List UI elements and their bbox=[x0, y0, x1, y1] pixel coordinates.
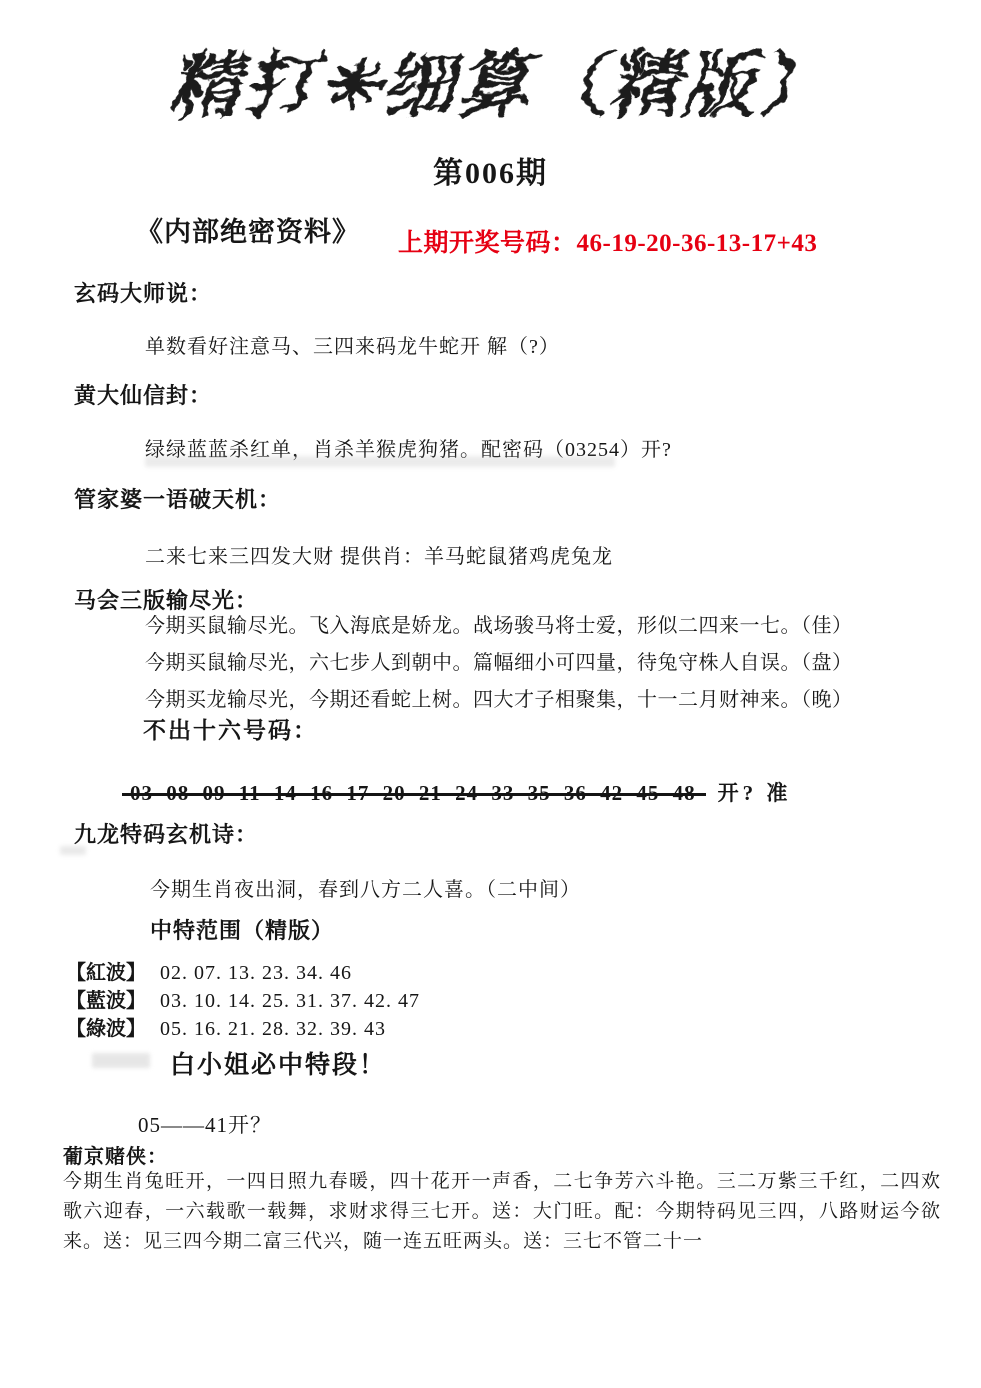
title-art: 精打✳细算（精版） bbox=[140, 12, 840, 152]
baixiaojie-result-line: 05——41开？ bbox=[138, 1109, 272, 1139]
wave-label-red: 【紅波】 bbox=[66, 962, 146, 984]
wave-row-green: 【綠波】05. 16. 21. 28. 32. 39. 43 bbox=[66, 1012, 386, 1041]
section-heading-baixiaojie: 白小姐必中特段！ bbox=[170, 1045, 386, 1081]
issue-number: 第006期 bbox=[0, 148, 981, 192]
mahui-verse-block: 今期买鼠输尽光。飞入海底是娇龙。战场骏马将士爱，形似二四来一七。（佳） 今期买鼠… bbox=[145, 608, 853, 719]
section-heading-excluded-numbers: 不出十六号码： bbox=[143, 712, 318, 745]
mahui-verse-line: 今期买鼠输尽光。飞入海底是娇龙。战场骏马将士爱，形似二四来一七。（佳） bbox=[145, 608, 853, 645]
wave-row-red: 【紅波】02. 07. 13. 23. 34. 46 bbox=[66, 956, 352, 985]
wave-label-blue: 【藍波】 bbox=[66, 990, 146, 1012]
wave-label-green: 【綠波】 bbox=[66, 1018, 146, 1040]
title-art-text: 精打✳细算（精版） bbox=[165, 46, 840, 126]
mahui-verse-line: 今期买鼠输尽光，六七步人到朝中。篇幅细小可四量，待兔守株人自误。（盘） bbox=[145, 645, 853, 682]
wave-numbers-green: 05. 16. 21. 28. 32. 39. 43 bbox=[160, 1018, 386, 1040]
excluded-numbers-struck: 03 08 09 11 14 16 17 20 21 24 33 35 36 4… bbox=[130, 781, 696, 806]
wave-numbers-blue: 03. 10. 14. 25. 31. 37. 42. 47 bbox=[160, 990, 420, 1012]
title-art-svg: 精打✳细算（精版） bbox=[140, 12, 840, 152]
section-heading-jiulong: 九龙特码玄机诗： bbox=[74, 818, 258, 849]
scan-artifact bbox=[92, 1053, 150, 1068]
section-heading-pujing: 葡京赌侠： bbox=[63, 1140, 168, 1169]
pujing-verse-paragraph: 今期生肖兔旺开，一四日照九春暖，四十花开一声香，二七争芳六斗艳。三二万紫三千红，… bbox=[63, 1167, 941, 1257]
scan-artifact bbox=[145, 456, 615, 467]
excluded-numbers-row: 03 08 09 11 14 16 17 20 21 24 33 35 36 4… bbox=[130, 777, 791, 807]
wave-row-blue: 【藍波】03. 10. 14. 25. 31. 37. 42. 47 bbox=[66, 984, 420, 1013]
wave-numbers-red: 02. 07. 13. 23. 34. 46 bbox=[160, 962, 352, 984]
range-subheading: 中特范围（精版） bbox=[150, 914, 334, 945]
section-heading-guanjiapo: 管家婆一语破天机： bbox=[74, 483, 281, 514]
last-draw-numbers: 上期开奖号码：46-19-20-36-13-17+43 bbox=[398, 223, 817, 259]
jiulong-poem-line: 今期生肖夜出洞，春到八方二人喜。（二中间） bbox=[150, 873, 581, 902]
section-heading-xuanma: 玄码大师说： bbox=[74, 277, 212, 308]
xuanma-tip-line: 单数看好注意马、三四来码龙牛蛇开 解（?） bbox=[145, 330, 560, 359]
scan-artifact bbox=[60, 846, 86, 855]
excluded-numbers-verdict: 开? 准 bbox=[718, 781, 792, 805]
guanjiapo-tip-line: 二来七来三四发大财 提供肖：羊马蛇鼠猪鸡虎兔龙 bbox=[145, 540, 613, 569]
section-heading-huangdaxian: 黄大仙信封： bbox=[74, 379, 212, 410]
doc-label: 《内部绝密资料》 bbox=[136, 210, 360, 249]
